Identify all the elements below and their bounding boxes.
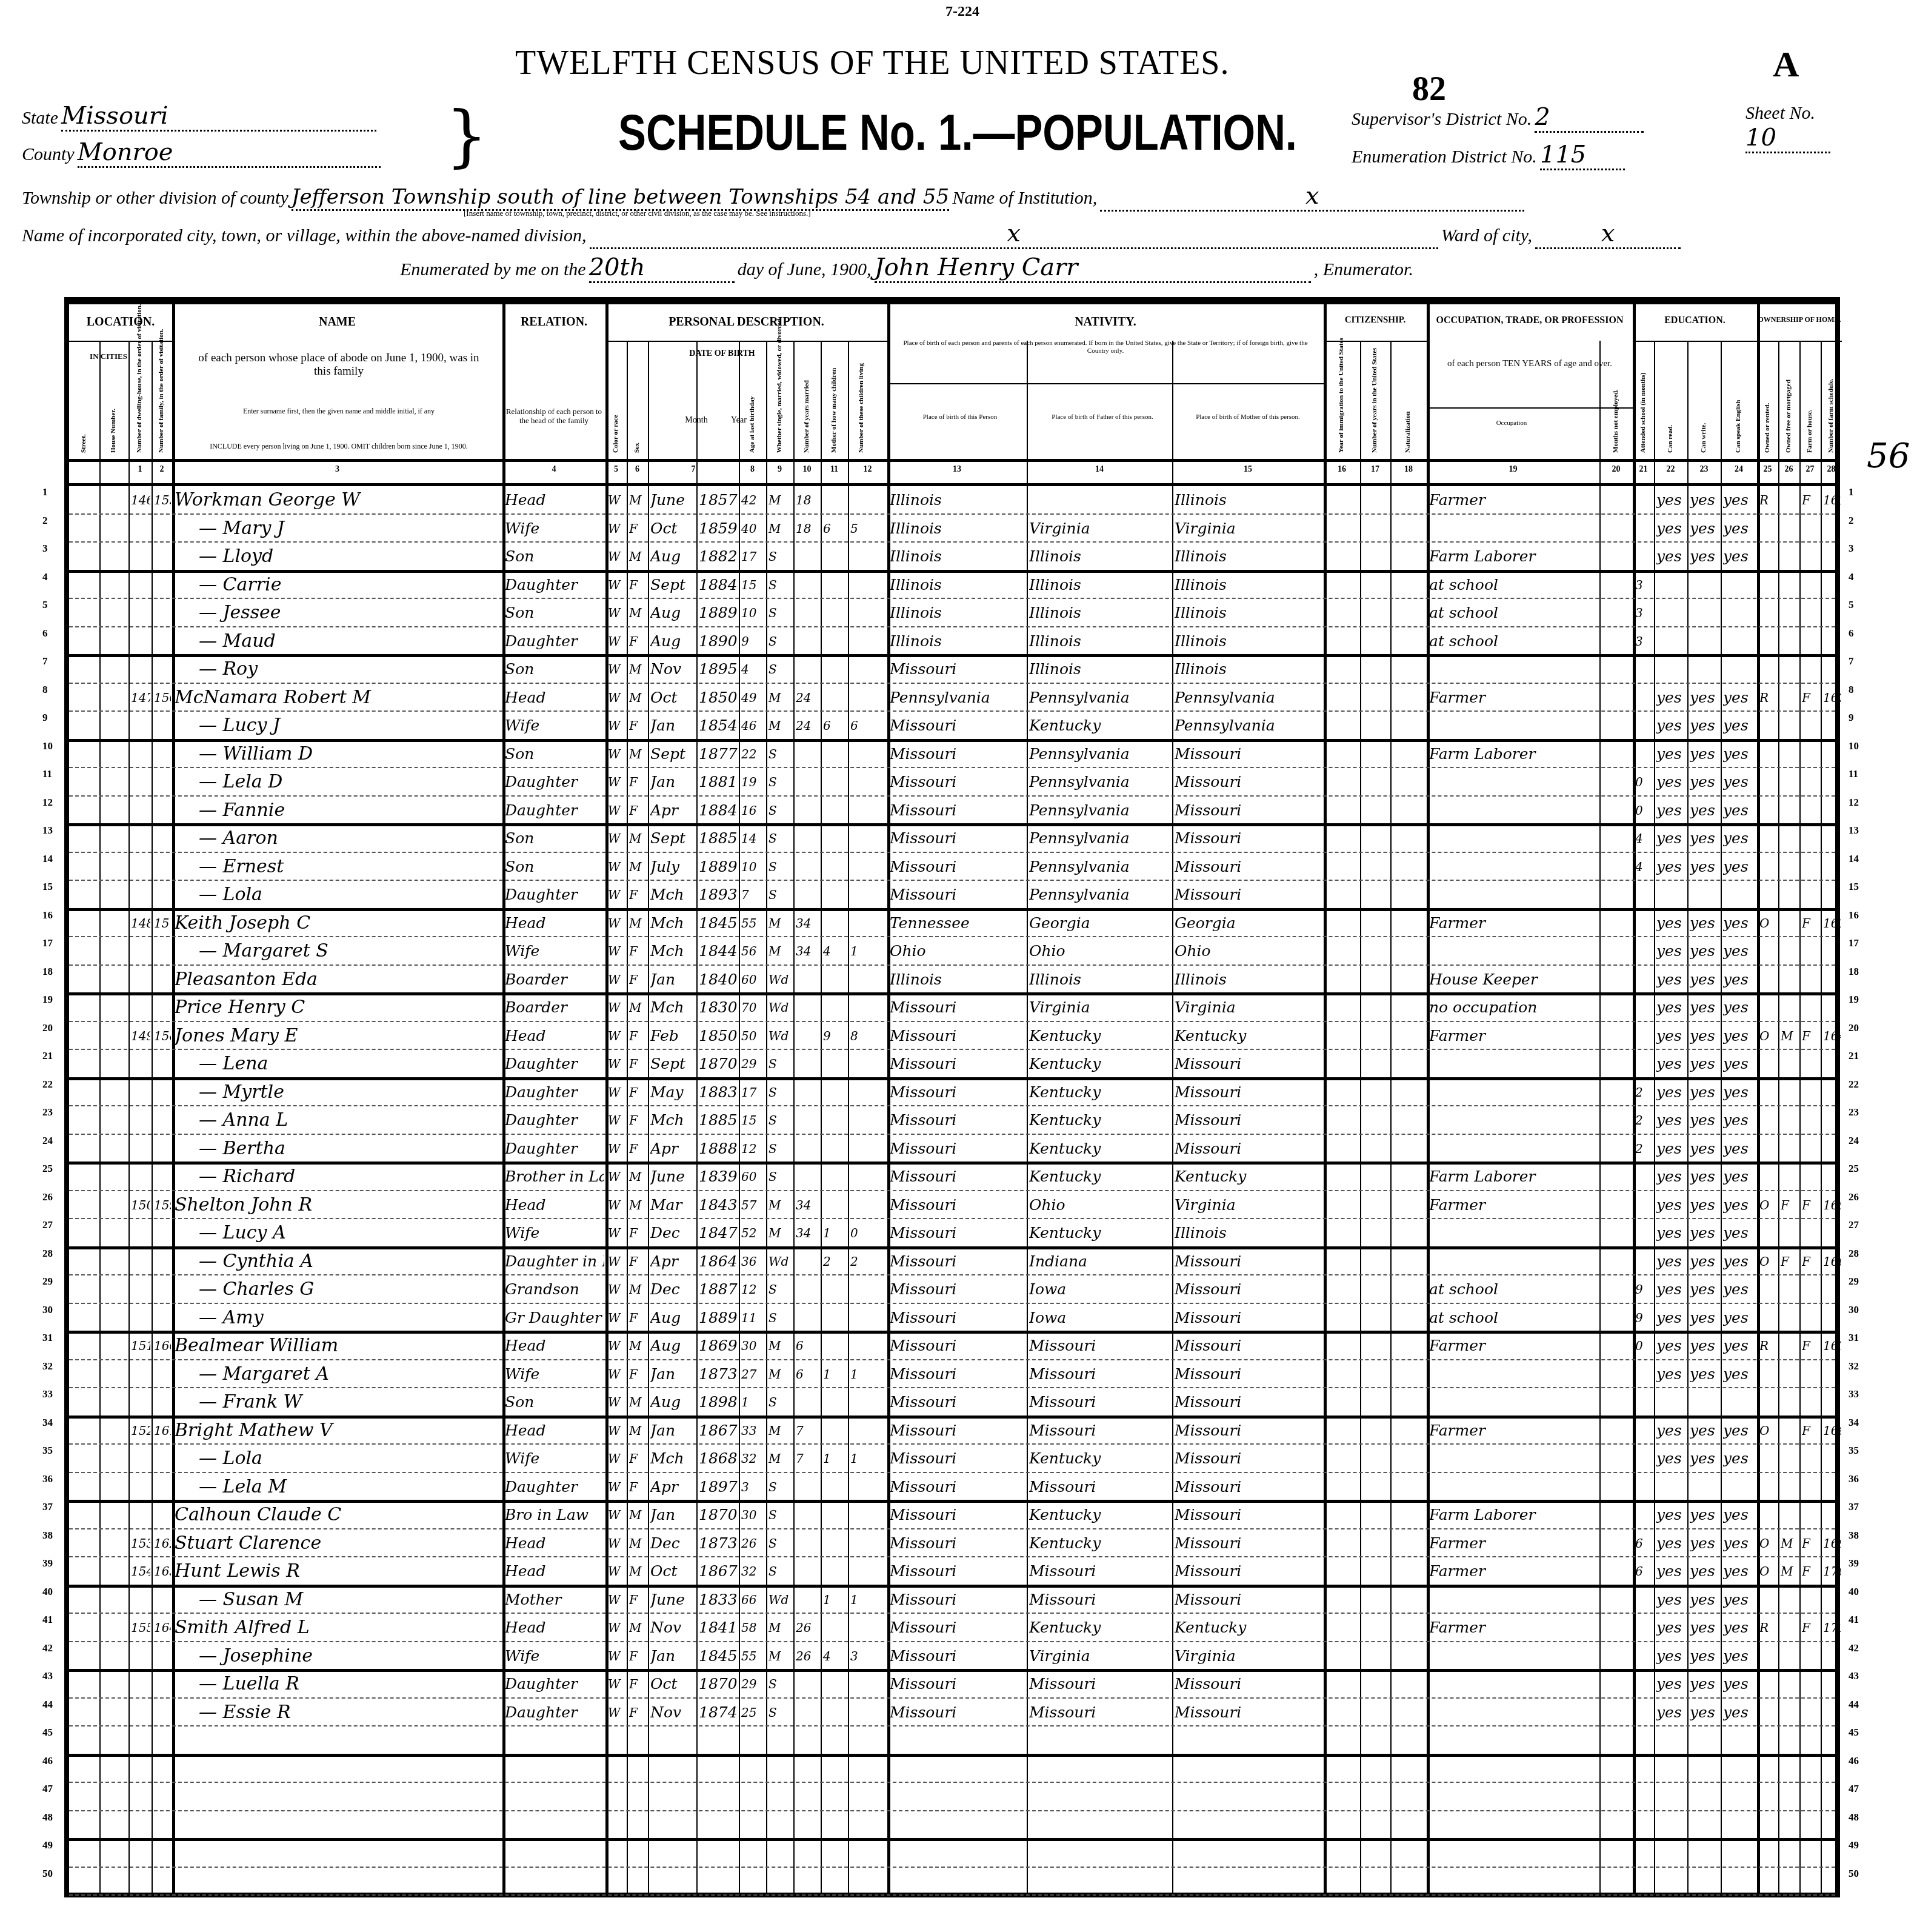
cell-pob: Missouri (890, 1699, 1025, 1727)
pob-mother-label: Place of birth of Mother of this person. (1178, 413, 1318, 421)
cell-read: yes (1656, 1304, 1686, 1332)
cell-age: 19 (741, 768, 765, 797)
cell-sex: M (629, 599, 647, 627)
cell-year: 1867 (699, 1557, 738, 1586)
row-number: 33 (42, 1388, 53, 1400)
cell-speak: yes (1723, 515, 1756, 543)
cell-read: yes (1656, 1614, 1686, 1642)
cell-living: 8 (850, 1022, 874, 1051)
cell-sex: M (629, 1417, 647, 1445)
cell-age: 10 (741, 853, 765, 881)
cell-pob: Missouri (890, 1670, 1025, 1699)
cell-pob-father: Missouri (1029, 1473, 1171, 1502)
cell-yrs-married: 34 (796, 937, 819, 966)
cell-read: yes (1656, 797, 1686, 825)
cell-family: 161 (154, 1417, 171, 1445)
cell-marital: S (768, 1388, 792, 1417)
cell-pob: Missouri (890, 1586, 1025, 1614)
cell-school: 3 (1635, 599, 1653, 627)
cell-write: yes (1690, 1360, 1719, 1389)
cell-speak: yes (1723, 1557, 1756, 1586)
cell-dwelling: 148 (131, 909, 150, 938)
row-number: 26 (42, 1191, 53, 1203)
cell-age: 29 (741, 1050, 765, 1078)
cell-pob: Illinois (890, 627, 1025, 656)
cell-dwelling: 155 (131, 1614, 150, 1642)
cell-read: yes (1656, 768, 1686, 797)
cell-month: Mch (650, 937, 695, 966)
cell-sex: F (629, 515, 647, 543)
cell-write: yes (1690, 768, 1719, 797)
cell-pob: Missouri (890, 824, 1025, 853)
cell-farm-no: 163 (1823, 909, 1841, 938)
cell-marital: M (768, 515, 792, 543)
cell-month: Jan (650, 768, 695, 797)
cell-living: 2 (850, 1248, 874, 1276)
cell-occupation: Farmer (1429, 1417, 1598, 1445)
cell-sex: F (629, 1219, 647, 1248)
cell-relation: Daughter (505, 571, 604, 600)
cell-age: 15 (741, 1106, 765, 1135)
cell-name: — Amy (175, 1304, 525, 1332)
cell-year: 1833 (699, 1586, 738, 1614)
cell-name: — Bertha (175, 1135, 525, 1163)
column-divider (1172, 341, 1173, 1893)
cell-pob: Missouri (890, 853, 1025, 881)
cell-pob-father: Virginia (1029, 994, 1171, 1022)
supervisor-district-value: 2 (1535, 103, 1644, 133)
cell-relation: Wife (505, 1219, 604, 1248)
cell-living: 1 (850, 1586, 874, 1614)
cell-speak: yes (1723, 937, 1756, 966)
cell-name: Keith Joseph C (175, 909, 501, 938)
cell-pob-father: Virginia (1029, 515, 1171, 543)
cell-name: — Fannie (175, 797, 525, 825)
cell-write: yes (1690, 1670, 1719, 1699)
header-months-unemployed: Months not employed. (1612, 347, 1619, 453)
cell-pob-mother: Missouri (1175, 1135, 1322, 1163)
cell-school: 2 (1635, 1135, 1653, 1163)
row-number: 13 (42, 824, 53, 837)
row-number: 10 (42, 740, 53, 752)
cell-pob-mother: Missouri (1175, 1670, 1322, 1699)
column-number: 4 (502, 465, 605, 475)
row-number: 47 (42, 1783, 53, 1795)
column-divider (1778, 341, 1779, 1893)
cell-age: 33 (741, 1417, 765, 1445)
cell-pob-mother: Missouri (1175, 1332, 1322, 1360)
header-farm-schedule: Number of farm schedule. (1827, 347, 1835, 453)
cell-name: — Mary J (175, 515, 525, 543)
cell-color: W (608, 1050, 625, 1078)
schedule-title: SCHEDULE No. 1.—POPULATION. (618, 103, 1297, 162)
cell-age: 12 (741, 1135, 765, 1163)
cell-name: — Lena (175, 1050, 525, 1078)
cell-marital: S (768, 1304, 792, 1332)
cell-family: 164 (154, 1614, 171, 1642)
row-number: 32 (1849, 1360, 1859, 1372)
cell-age: 17 (741, 543, 765, 571)
cell-month: Aug (650, 1304, 695, 1332)
cell-speak: yes (1723, 684, 1756, 712)
cell-month: Aug (650, 1332, 695, 1360)
row-number: 7 (42, 655, 48, 667)
cell-month: Sept (650, 740, 695, 769)
cell-school: 6 (1635, 1529, 1653, 1558)
cell-occupation: Farmer (1429, 1557, 1598, 1586)
row-number: 2 (42, 515, 48, 527)
cell-pob: Missouri (890, 1248, 1025, 1276)
cell-relation: Son (505, 1388, 604, 1417)
cell-color: W (608, 1275, 625, 1304)
cell-name: — Anna L (175, 1106, 525, 1135)
cell-month: Apr (650, 1135, 695, 1163)
cell-sex: M (629, 1191, 647, 1220)
cell-marital: S (768, 824, 792, 853)
cell-pob-mother: Kentucky (1175, 1614, 1322, 1642)
cell-owned: O (1759, 1557, 1777, 1586)
row-number: 39 (1849, 1557, 1859, 1569)
cell-speak: yes (1723, 853, 1756, 881)
header-color: Color or race (612, 347, 619, 453)
cell-dwelling: 150 (131, 1191, 150, 1220)
cell-speak: yes (1723, 1248, 1756, 1276)
column-number: 23 (1687, 465, 1721, 475)
cell-color: W (608, 909, 625, 938)
row-number: 34 (42, 1417, 53, 1429)
cell-farm: F (1802, 1417, 1819, 1445)
cell-color: W (608, 1304, 625, 1332)
cell-read: yes (1656, 1078, 1686, 1107)
cell-name: — Cynthia A (175, 1248, 525, 1276)
cell-year: 1850 (699, 1022, 738, 1051)
cell-owned: O (1759, 909, 1777, 938)
cell-marital: M (768, 1642, 792, 1671)
township-value: Jefferson Township south of line between… (292, 185, 949, 211)
cell-write: yes (1690, 1078, 1719, 1107)
cell-read: yes (1656, 740, 1686, 769)
cell-pob-mother: Ohio (1175, 937, 1322, 966)
column-divider (1821, 341, 1822, 1893)
cell-free: F (1781, 1191, 1798, 1220)
cell-pob-father: Missouri (1029, 1586, 1171, 1614)
cell-pob: Missouri (890, 1557, 1025, 1586)
row-number: 32 (42, 1360, 53, 1372)
cell-age: 29 (741, 1670, 765, 1699)
cell-color: W (608, 1473, 625, 1502)
cell-pob-mother: Missouri (1175, 1417, 1322, 1445)
occupation-sub-label: Occupation (1433, 419, 1590, 427)
cell-pob-mother: Missouri (1175, 1248, 1322, 1276)
cell-pob: Illinois (890, 966, 1025, 994)
cell-yrs-married: 26 (796, 1642, 819, 1671)
row-number: 2 (1849, 515, 1854, 527)
cell-write: yes (1690, 1050, 1719, 1078)
cell-month: Nov (650, 655, 695, 684)
cell-family: 155 (154, 486, 171, 515)
column-number: 1 (128, 465, 152, 475)
cell-mother-of: 1 (823, 1219, 847, 1248)
cell-year: 1850 (699, 684, 738, 712)
cell-write: yes (1690, 909, 1719, 938)
cell-pob-father: Kentucky (1029, 1022, 1171, 1051)
cell-read: yes (1656, 1529, 1686, 1558)
cell-pob-mother: Illinois (1175, 1219, 1322, 1248)
cell-sex: F (629, 937, 647, 966)
cell-write: yes (1690, 1191, 1719, 1220)
cell-color: W (608, 1135, 625, 1163)
cell-occupation: at school (1429, 1304, 1598, 1332)
cell-pob-mother: Missouri (1175, 1106, 1322, 1135)
cell-marital: M (768, 684, 792, 712)
row-number: 6 (1849, 627, 1854, 640)
cell-name: Price Henry C (175, 994, 501, 1022)
cell-month: Aug (650, 627, 695, 656)
cell-marital: S (768, 1078, 792, 1107)
cell-pob-father: Kentucky (1029, 1163, 1171, 1191)
cell-marital: S (768, 881, 792, 909)
row-number: 15 (1849, 881, 1859, 893)
county-label: County (22, 144, 75, 164)
cell-year: 1857 (699, 486, 738, 515)
cell-sex: F (629, 627, 647, 656)
cell-year: 1885 (699, 824, 738, 853)
cell-pob: Missouri (890, 1332, 1025, 1360)
cell-mother-of: 4 (823, 937, 847, 966)
cell-occupation: Farmer (1429, 1529, 1598, 1558)
cell-farm: F (1802, 684, 1819, 712)
cell-pob: Illinois (890, 599, 1025, 627)
cell-yrs-married: 34 (796, 1191, 819, 1220)
cell-read: yes (1656, 909, 1686, 938)
row-number: 16 (42, 909, 53, 921)
row-number: 18 (1849, 966, 1859, 978)
cell-pob-father: Iowa (1029, 1304, 1171, 1332)
cell-year: 1884 (699, 571, 738, 600)
cell-name: Jones Mary E (175, 1022, 501, 1051)
cell-farm-no: 171 (1823, 1614, 1841, 1642)
cell-pob-father: Pennsylvania (1029, 853, 1171, 881)
cell-sex: M (629, 1557, 647, 1586)
cell-read: yes (1656, 1642, 1686, 1671)
cell-age: 49 (741, 684, 765, 712)
cell-pob: Missouri (890, 881, 1025, 909)
city-field: Name of incorporated city, town, or vill… (22, 219, 1681, 249)
cell-name: — Susan M (175, 1586, 525, 1614)
cell-color: W (608, 627, 625, 656)
cell-farm-no: 164 (1823, 1022, 1841, 1051)
column-number: 5 (605, 465, 627, 475)
cell-dwelling: 149 (131, 1022, 150, 1051)
cell-pob-mother: Missouri (1175, 881, 1322, 909)
row-number: 5 (1849, 599, 1854, 611)
cell-sex: F (629, 1360, 647, 1389)
pob-person-label: Place of birth of this Person (893, 413, 1027, 421)
cell-name: Smith Alfred L (175, 1614, 501, 1642)
column-divider (1799, 341, 1801, 1893)
column-divider (848, 341, 849, 1893)
column-divider (1721, 341, 1722, 1893)
column-divider (793, 341, 795, 1893)
cell-color: W (608, 966, 625, 994)
cell-write: yes (1690, 797, 1719, 825)
cell-relation: Head (505, 1191, 604, 1220)
cell-write: yes (1690, 853, 1719, 881)
cell-read: yes (1656, 1360, 1686, 1389)
column-number: 9 (766, 465, 793, 475)
cell-age: 52 (741, 1219, 765, 1248)
cell-pob: Missouri (890, 740, 1025, 769)
cell-pob-mother: Missouri (1175, 1586, 1322, 1614)
group-personal: PERSONAL DESCRIPTION. (605, 315, 887, 329)
row-number: 9 (1849, 712, 1854, 724)
column-number: 13 (887, 465, 1027, 475)
cell-age: 26 (741, 1529, 765, 1558)
row-number: 29 (42, 1275, 53, 1288)
cell-write: yes (1690, 1248, 1719, 1276)
cell-relation: Wife (505, 712, 604, 740)
cell-occupation: Farmer (1429, 684, 1598, 712)
cell-sex: M (629, 684, 647, 712)
row-number: 22 (1849, 1078, 1859, 1091)
column-divider (1360, 341, 1361, 1893)
cell-sex: M (629, 486, 647, 515)
cell-age: 40 (741, 515, 765, 543)
header-age: Age at last birthday (748, 347, 756, 453)
cell-yrs-married: 24 (796, 684, 819, 712)
cell-sex: F (629, 797, 647, 825)
cell-write: yes (1690, 684, 1719, 712)
cell-year: 1844 (699, 937, 738, 966)
cell-color: W (608, 740, 625, 769)
column-number: 26 (1778, 465, 1799, 475)
cell-name: — Roy (175, 655, 525, 684)
cell-month: Jan (650, 712, 695, 740)
cell-marital: Wd (768, 1586, 792, 1614)
cell-write: yes (1690, 486, 1719, 515)
cell-relation: Daughter (505, 627, 604, 656)
cell-speak: yes (1723, 1445, 1756, 1473)
state-field: State Missouri (22, 102, 376, 132)
cell-month: Jan (650, 1642, 695, 1671)
cell-year: 1873 (699, 1529, 738, 1558)
cell-pob: Missouri (890, 1022, 1025, 1051)
cell-farm: F (1802, 1022, 1819, 1051)
row-number: 8 (1849, 684, 1854, 696)
cell-sex: M (629, 1332, 647, 1360)
row-number: 14 (42, 853, 53, 865)
cell-dwelling: 154 (131, 1557, 150, 1586)
cell-age: 3 (741, 1473, 765, 1502)
cell-year: 1868 (699, 1445, 738, 1473)
cell-pob-father: Indiana (1029, 1248, 1171, 1276)
cell-relation: Mother (505, 1586, 604, 1614)
cell-marital: M (768, 909, 792, 938)
margin-note: 56 (1867, 436, 1910, 476)
cell-relation: Wife (505, 937, 604, 966)
cell-relation: Daughter (505, 1670, 604, 1699)
cell-pob: Missouri (890, 1445, 1025, 1473)
column-number: 8 (739, 465, 766, 475)
cell-marital: M (768, 1417, 792, 1445)
cell-owned: O (1759, 1022, 1777, 1051)
cell-year: 1839 (699, 1163, 738, 1191)
cell-color: W (608, 1586, 625, 1614)
row-number: 11 (42, 768, 52, 780)
cell-pob-father: Virginia (1029, 1642, 1171, 1671)
cell-relation: Head (505, 1614, 604, 1642)
cell-speak: yes (1723, 824, 1756, 853)
cell-pob-mother: Virginia (1175, 515, 1322, 543)
cell-family: 156 (154, 684, 171, 712)
cell-occupation: Farmer (1429, 486, 1598, 515)
cell-year: 1845 (699, 909, 738, 938)
cell-school: 6 (1635, 1557, 1653, 1586)
relation-description: Relationship of each person to the head … (505, 407, 602, 426)
cell-mother-of: 2 (823, 1248, 847, 1276)
cell-color: W (608, 937, 625, 966)
row-divider (69, 1838, 1835, 1841)
cell-relation: Daughter in Law (505, 1248, 604, 1276)
cell-age: 11 (741, 1304, 765, 1332)
cell-year: 1859 (699, 515, 738, 543)
row-number: 9 (42, 712, 48, 724)
cell-write: yes (1690, 1614, 1719, 1642)
column-number: 7 (648, 465, 739, 475)
header-farm-house: Farm or house. (1806, 347, 1813, 453)
cell-color: W (608, 684, 625, 712)
cell-color: W (608, 1529, 625, 1558)
cell-sex: M (629, 1388, 647, 1417)
cell-year: 1867 (699, 1417, 738, 1445)
cell-sex: M (629, 1529, 647, 1558)
cell-farm-no: 169 (1823, 1529, 1841, 1558)
cell-farm-no: 161 (1823, 486, 1841, 515)
cell-read: yes (1656, 1557, 1686, 1586)
cell-mother-of: 4 (823, 1642, 847, 1671)
cell-write: yes (1690, 1529, 1719, 1558)
cell-month: Mch (650, 881, 695, 909)
cell-marital: Wd (768, 994, 792, 1022)
cell-write: yes (1690, 1586, 1719, 1614)
township-field: Township or other division of county Jef… (22, 182, 1524, 212)
cell-age: 57 (741, 1191, 765, 1220)
row-number: 28 (42, 1248, 53, 1260)
cell-marital: Wd (768, 966, 792, 994)
cell-owned: R (1759, 1332, 1777, 1360)
row-number: 50 (1849, 1868, 1859, 1880)
cell-mother-of: 9 (823, 1022, 847, 1051)
cell-name: — Lela D (175, 768, 525, 797)
cell-pob-mother: Missouri (1175, 1699, 1322, 1727)
row-number: 20 (42, 1022, 53, 1034)
cell-name: — Jessee (175, 599, 525, 627)
cell-marital: S (768, 599, 792, 627)
cell-living: 0 (850, 1219, 874, 1248)
row-number: 40 (42, 1586, 53, 1598)
cell-relation: Brother in Law (505, 1163, 604, 1191)
cell-speak: yes (1723, 1304, 1756, 1332)
row-number: 31 (1849, 1332, 1859, 1344)
cell-name: — Lloyd (175, 543, 525, 571)
row-number: 35 (42, 1445, 53, 1457)
cell-farm: F (1802, 1332, 1819, 1360)
header-can-speak: Can speak English (1735, 347, 1742, 453)
group-nativity: NATIVITY. (887, 315, 1324, 329)
row-number: 4 (1849, 571, 1854, 583)
cell-age: 30 (741, 1332, 765, 1360)
ward-label: Ward of city, (1441, 226, 1532, 246)
